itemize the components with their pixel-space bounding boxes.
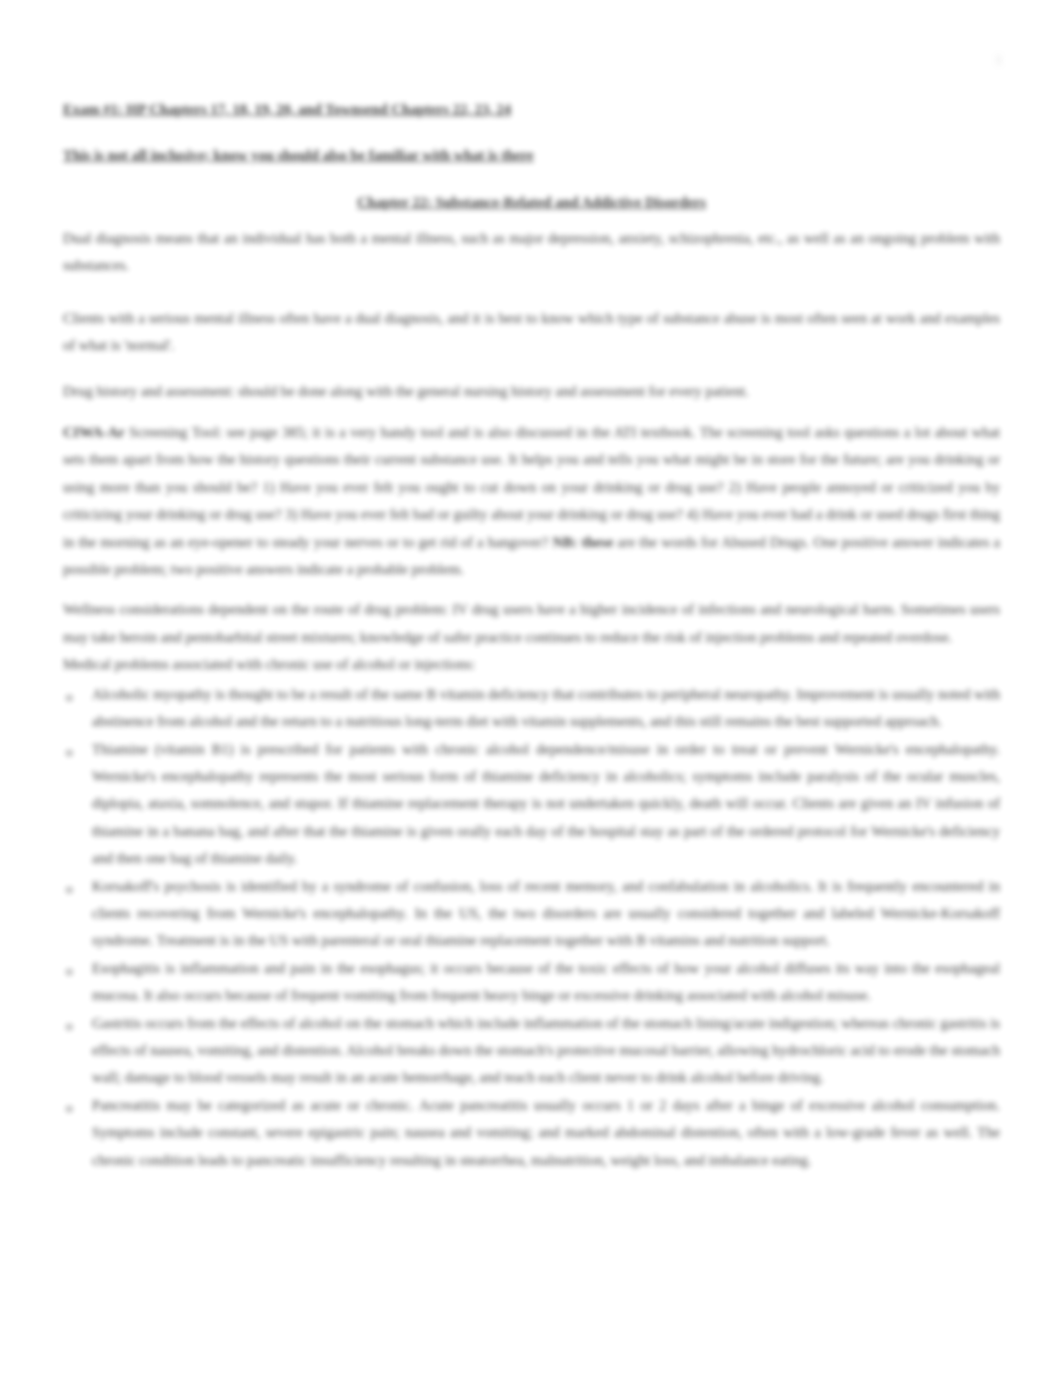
bullet-text: Thiamine (vitamin B1) is prescribed for …	[92, 742, 1000, 868]
document-page: 1 Exam #1: HP Chapters 17, 18, 19, 20, a…	[0, 0, 1062, 1377]
bullet-marker: o	[66, 957, 73, 984]
list-item: o Korsakoff's psychosis is identified by…	[63, 874, 1000, 956]
bullet-marker: o	[66, 1094, 73, 1121]
screening-tool-name: CIWA-Ar	[63, 425, 125, 441]
bullet-text: Gastritis occurs from the effects of alc…	[92, 1016, 1000, 1087]
list-item: o Alcoholic myopathy is thought to be a …	[63, 682, 1000, 737]
bullet-marker: o	[66, 738, 73, 765]
paragraph-screening-tool: CIWA-Ar Screening Tool: see page 385; it…	[63, 420, 1000, 584]
bullet-marker: o	[66, 683, 73, 710]
bullet-marker: o	[66, 1012, 73, 1039]
paragraph-dual-diagnosis: Dual diagnosis means that an individual …	[63, 226, 1000, 281]
screening-tool-text: Screening Tool: see page 385; it is a ve…	[63, 425, 1000, 551]
exam-heading: Exam #1: HP Chapters 17, 18, 19, 20, and…	[63, 100, 1000, 120]
document-content: Exam #1: HP Chapters 17, 18, 19, 20, and…	[63, 0, 1000, 1175]
note-heading: This is not all inclusive; know you shou…	[63, 146, 1000, 166]
bullet-text: Esophagitis is inflammation and pain in …	[92, 961, 1000, 1004]
bullet-text: Korsakoff's psychosis is identified by a…	[92, 879, 1000, 950]
paragraph-drug-history: Drug history and assessment: should be d…	[63, 379, 1000, 406]
list-item: o Esophagitis is inflammation and pain i…	[63, 956, 1000, 1011]
bullet-text: Alcoholic myopathy is thought to be a re…	[92, 687, 1000, 730]
chapter-title: Chapter 22: Substance-Related and Addict…	[63, 193, 1000, 213]
bullet-marker: o	[66, 875, 73, 902]
paragraph-route-considerations: Wellness considerations dependent on the…	[63, 597, 1000, 652]
list-item: o Thiamine (vitamin B1) is prescribed fo…	[63, 737, 1000, 874]
bullet-text: Pancreatitis may be categorized as acute…	[92, 1098, 1000, 1169]
medical-problems-list: o Alcoholic myopathy is thought to be a …	[63, 682, 1000, 1175]
list-item: o Pancreatitis may be categorized as acu…	[63, 1093, 1000, 1175]
screening-tool-emphasis: NB: these	[552, 535, 613, 551]
paragraph-medical-problems-lead: Medical problems associated with chronic…	[63, 652, 1000, 679]
list-item: o Gastritis occurs from the effects of a…	[63, 1011, 1000, 1093]
paragraph-clients: Clients with a serious mental illness of…	[63, 306, 1000, 361]
